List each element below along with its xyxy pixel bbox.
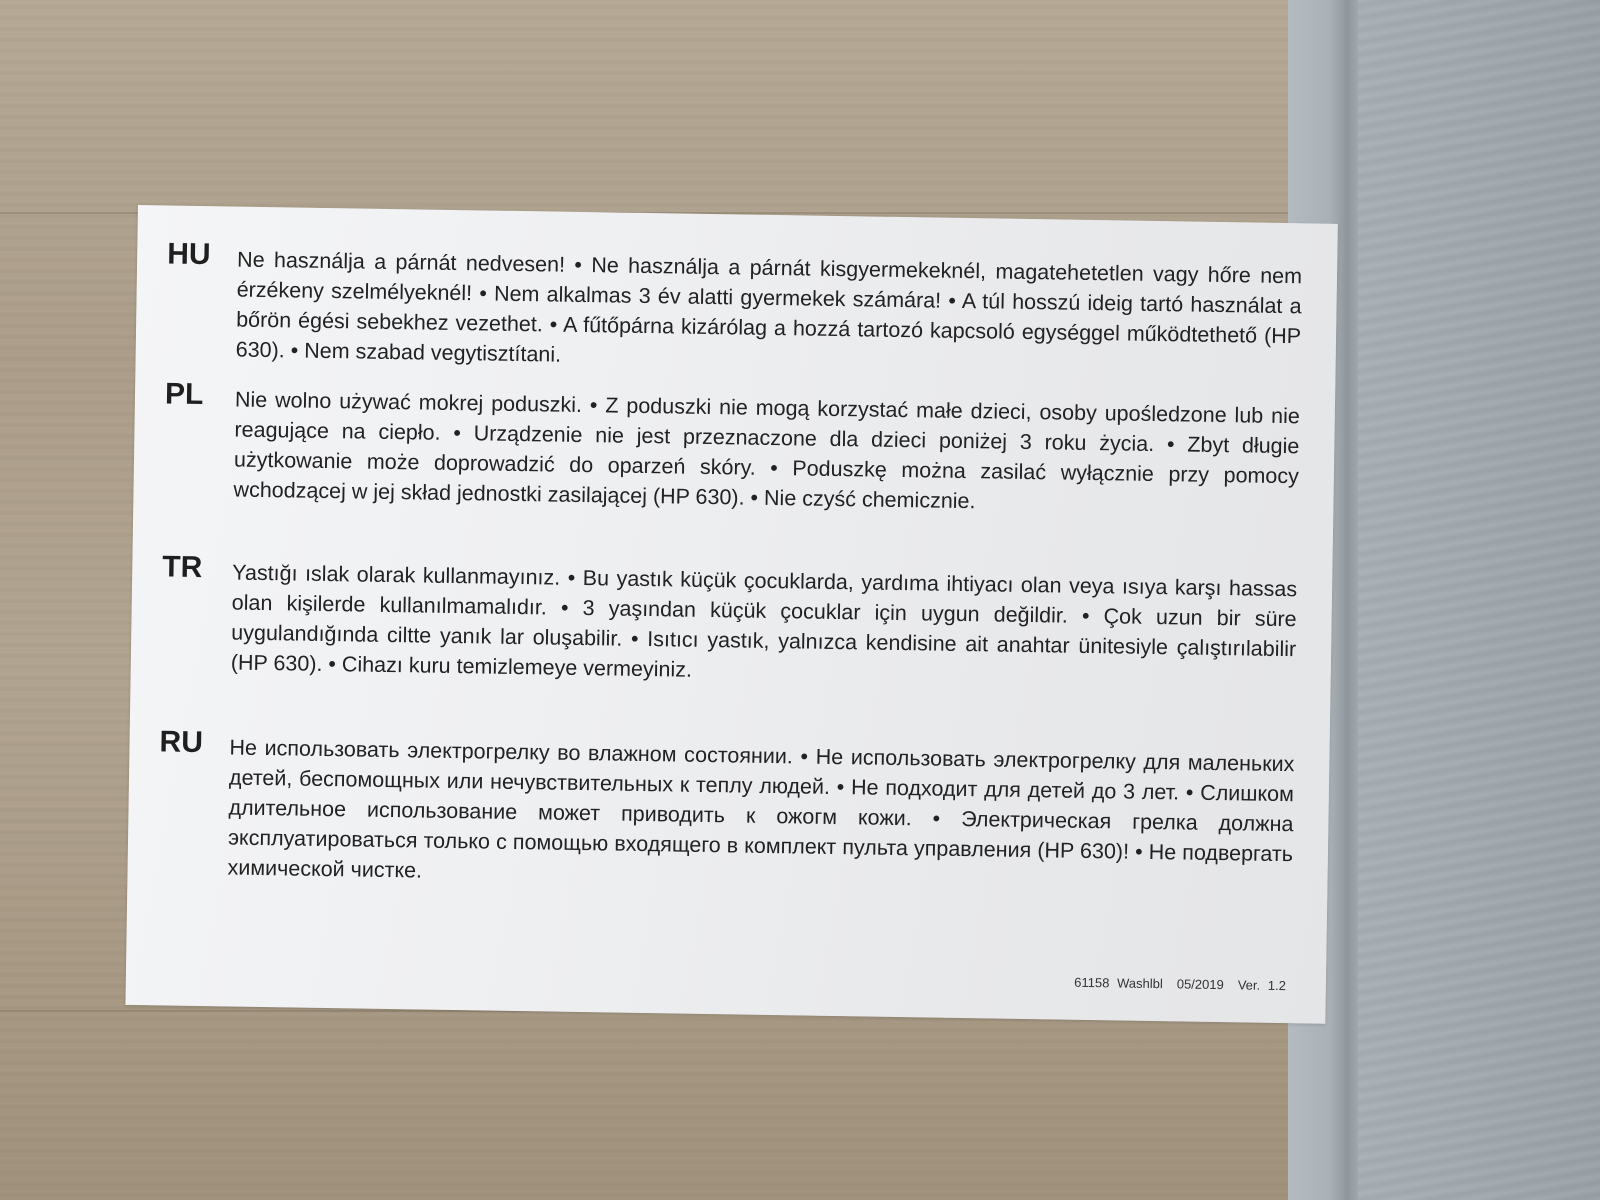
section-hu: HU Ne használja a párnát nedvesen! • Ne …: [167, 237, 1302, 255]
warning-text: Не использовать электрогрелку во влажном…: [227, 733, 1294, 900]
print-date: 05/2019: [1177, 976, 1224, 992]
language-code: TR: [162, 550, 203, 585]
warning-text: Ne használja a párnát nedvesen! • Ne has…: [236, 245, 1303, 382]
section-pl: PL Nie wolno używać mokrej poduszki. • Z…: [165, 377, 1300, 395]
product-code: 61158 Washlbl: [1074, 975, 1163, 991]
language-code: HU: [167, 237, 211, 272]
section-ru: RU Не использовать электрогрелку во влаж…: [160, 725, 1295, 743]
warning-text: Yastığı ıslak olarak kullanmayınız. • Bu…: [231, 558, 1298, 695]
version-label: Ver. 1.2: [1238, 977, 1286, 993]
instruction-leaflet: HU Ne használja a párnát nedvesen! • Ne …: [125, 205, 1337, 1024]
language-code: PL: [165, 377, 204, 412]
leaflet-footer: 61158 Washlbl05/2019Ver. 1.2: [1060, 975, 1286, 994]
section-tr: TR Yastığı ıslak olarak kullanmayınız. •…: [163, 550, 1298, 568]
warning-text: Nie wolno używać mokrej poduszki. • Z po…: [233, 385, 1300, 522]
language-code: RU: [159, 725, 203, 760]
